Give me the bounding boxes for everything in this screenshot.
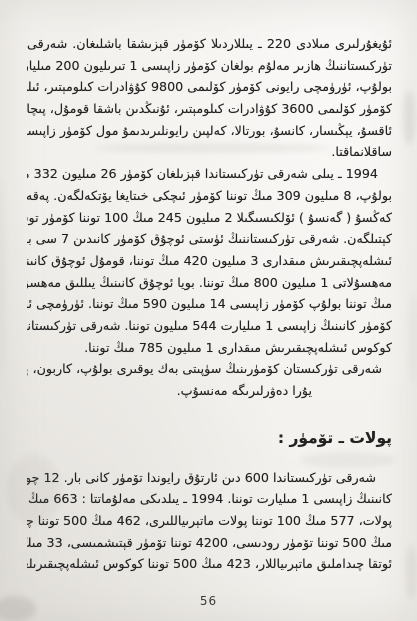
section-heading: پولات ـ تۆمۈر :: [27, 427, 392, 449]
text-line: ئوتقا چىداملىق ماتېرىياللار، 423 مىڭ 500…: [27, 553, 392, 575]
text-line: مىڭ توننا بولۇپ كۆمۈر زاپىسى 14 مىليون 5…: [27, 293, 392, 315]
text-line: كۆمۈر كانىنىڭ زاپىسى 1 مىليارت 544 مىليو…: [27, 315, 392, 337]
text-line: بولۇپ، 8 مىليون 309 مىڭ توننا كۆمۈر ئىچك…: [27, 185, 392, 207]
bleedthrough-smudge: [403, 90, 415, 145]
paragraph: ئۇيغۇرلىرى مىلادى 220 ـ يىللاردىلا كۆمۈر…: [27, 33, 392, 163]
text-line: مەھسۇلاتى 1 مىليون 800 مىڭ توننا. بويا ئ…: [27, 272, 392, 294]
text-line: كوكوس ئىشلەپچىقىرىش مىقدارى 1 مىليون 785…: [27, 337, 392, 359]
text-line: كۆمۈر كۆلىمى 3600 كۇۋادرات كىلومېتىر، ئۇ…: [27, 98, 392, 120]
text-line: ساقلانماقتا.: [27, 141, 392, 163]
text-line: كەڭسۇ ( گەنسۇ ) ئۆلكىسىگىلا 2 مىليون 245…: [27, 207, 392, 229]
scanned-book-page: ئۇيغۇرلىرى مىلادى 220 ـ يىللاردىلا كۆمۈر…: [0, 0, 417, 621]
paragraph-group-bottom: شەرقى تۈركىستاندا 600 دىن ئارتۇق رايوندا…: [27, 467, 392, 575]
bleedthrough-smudge: [409, 295, 417, 385]
text-line: ئىشلەپچىقىرىش مىقدارى 3 مىليون 420 مىڭ ت…: [27, 250, 392, 272]
paragraph: 1994 ـ يىلى شەرقى تۈركىستاندا قېزىلغان ك…: [27, 163, 392, 358]
bleedthrough-smudge: [405, 545, 417, 600]
text-line: كېتىلگەن. شەرقى تۈركىستاننىڭ ئۈستى ئوچۇق…: [27, 228, 392, 250]
bleedthrough-smudge: [0, 180, 5, 380]
text-line: يۇرا دەۋرلىرىگە مەنسۇپ.: [27, 380, 392, 402]
text-line: شەرقى تۈركىستاندا 600 دىن ئارتۇق رايوندا…: [27, 467, 392, 489]
page-number: 56: [0, 594, 417, 608]
text-line: پولات، 577 مىڭ 100 توننا پولات ماتېرىيال…: [27, 510, 392, 532]
text-line: كانىنىڭ زاپىسى 1 مىليارت توننا. 1994 ـ ي…: [27, 488, 392, 510]
text-line: 1994 ـ يىلى شەرقى تۈركىستاندا قېزىلغان ك…: [27, 163, 392, 185]
text-block: ئۇيغۇرلىرى مىلادى 220 ـ يىللاردىلا كۆمۈر…: [27, 33, 392, 575]
text-line: تۈركىستاننىڭ ھازىر مەلۇم بولغان كۆمۈر زا…: [27, 55, 392, 77]
paragraph: شەرقى تۈركىستاندا 600 دىن ئارتۇق رايوندا…: [27, 467, 392, 575]
text-line: بولۇپ، ئۈرۈمچى رايونى كۆمۈر كۆلىمى 9800 …: [27, 76, 392, 98]
paragraph: شەرقى تۈركىستان كۆمۈرىنىڭ سۈپىتى بەك يوق…: [27, 358, 392, 401]
text-line: ئۇيغۇرلىرى مىلادى 220 ـ يىللاردىلا كۆمۈر…: [27, 33, 392, 55]
paragraph-group-top: ئۇيغۇرلىرى مىلادى 220 ـ يىللاردىلا كۆمۈر…: [27, 33, 392, 402]
text-line: ئاقسۇ، يېڭىسار، كانسۇ، بورتالا، كەلپىن ر…: [27, 120, 392, 142]
text-line: مىڭ 500 توننا تۆمۈر رودىسى، 4200 توننا ت…: [27, 532, 392, 554]
text-line: شەرقى تۈركىستان كۆمۈرىنىڭ سۈپىتى بەك يوق…: [27, 358, 392, 380]
